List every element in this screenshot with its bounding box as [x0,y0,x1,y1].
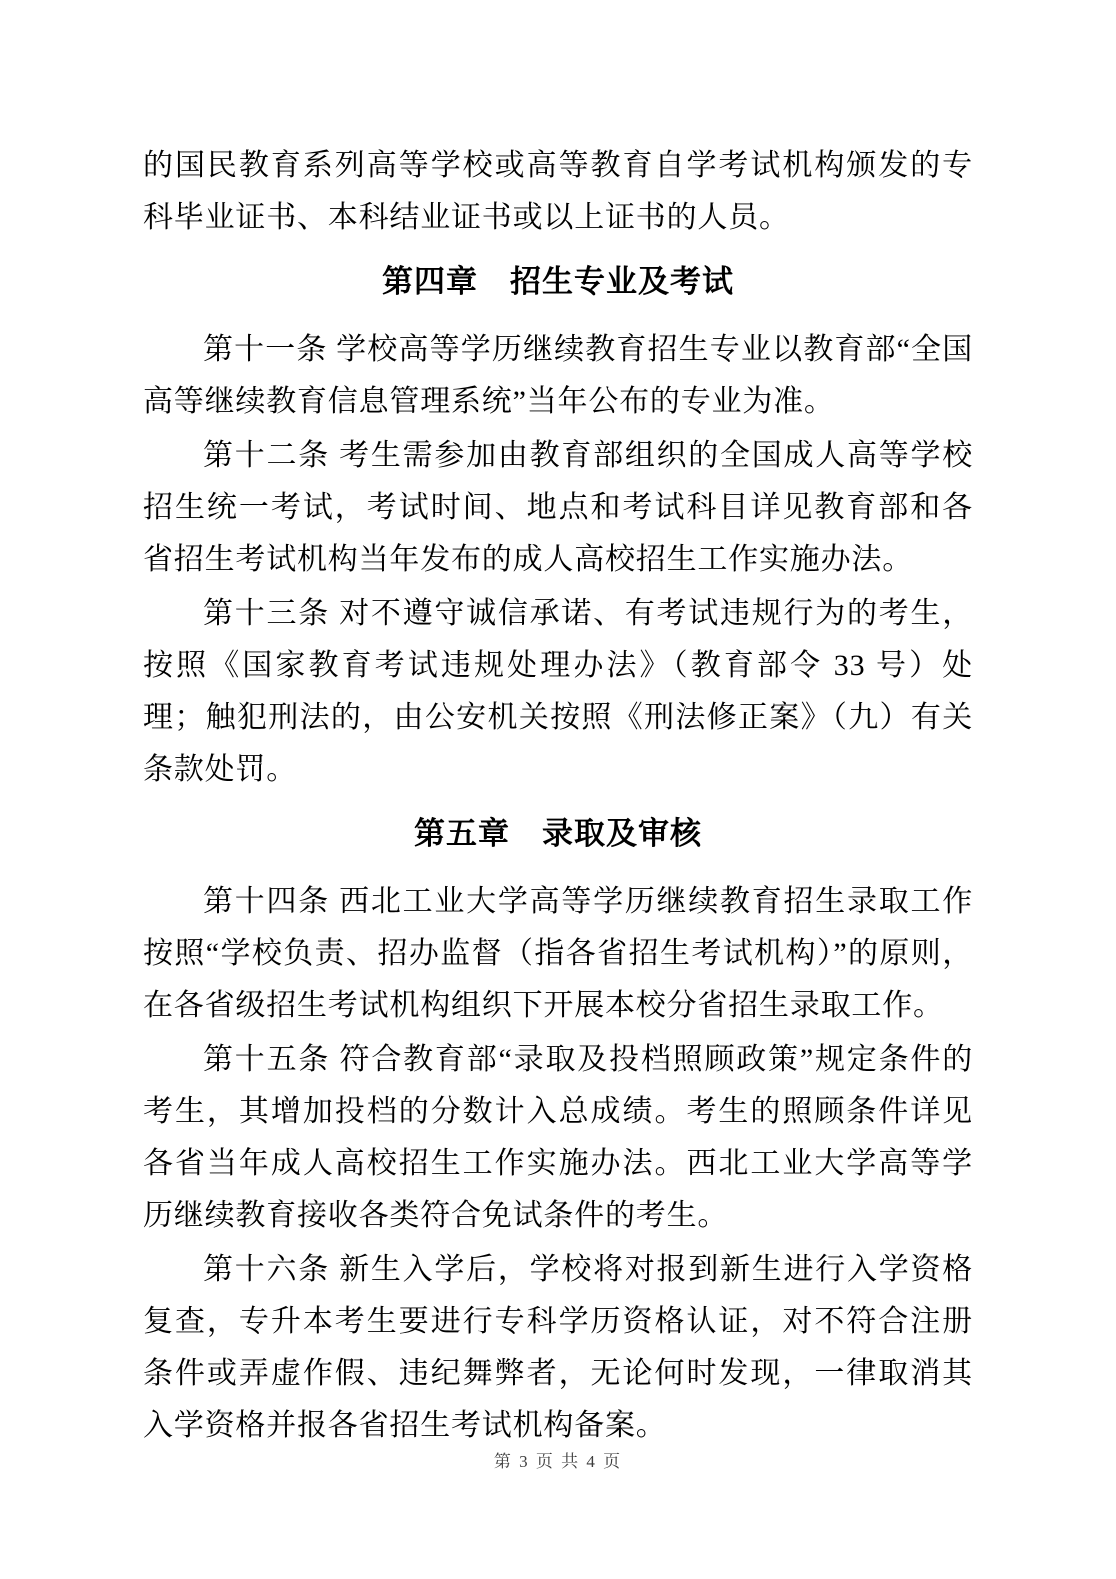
document-content: 的国民教育系列高等学校或高等教育自学考试机构颁发的专科毕业证书、本科结业证书或以… [143,140,973,1454]
paragraph-article-14: 第十四条 西北工业大学高等学历继续教育招生录取工作按照“学校负责、招办监督（指各… [143,876,973,1032]
document-page: 的国民教育系列高等学校或高等教育自学考试机构颁发的专科毕业证书、本科结业证书或以… [0,0,1116,1579]
paragraph-article-16: 第十六条 新生入学后，学校将对报到新生进行入学资格复查，专升本考生要进行专科学历… [143,1244,973,1452]
chapter-heading-4: 第四章 招生专业及考试 [143,256,973,308]
chapter-heading-5: 第五章 录取及审核 [143,808,973,860]
page-footer: 第 3 页 共 4 页 [0,1451,1116,1473]
paragraph-article-13: 第十三条 对不遵守诚信承诺、有考试违规行为的考生，按照《国家教育考试违规处理办法… [143,588,973,796]
paragraph-article-15: 第十五条 符合教育部“录取及投档照顾政策”规定条件的考生，其增加投档的分数计入总… [143,1034,973,1242]
paragraph-continuation: 的国民教育系列高等学校或高等教育自学考试机构颁发的专科毕业证书、本科结业证书或以… [143,140,973,244]
paragraph-article-12: 第十二条 考生需参加由教育部组织的全国成人高等学校招生统一考试，考试时间、地点和… [143,430,973,586]
paragraph-article-11: 第十一条 学校高等学历继续教育招生专业以教育部“全国高等继续教育信息管理系统”当… [143,324,973,428]
